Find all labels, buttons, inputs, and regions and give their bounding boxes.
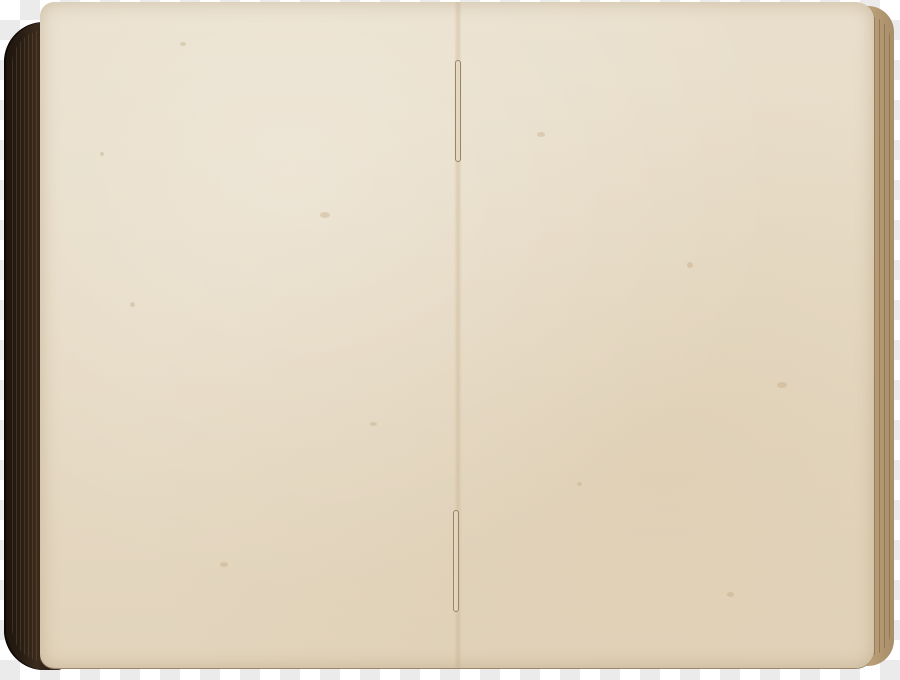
binding-stitch-bottom <box>453 510 459 612</box>
left-page <box>40 2 457 668</box>
open-notebook-pages <box>40 2 874 668</box>
binding-stitch-top <box>455 60 461 162</box>
notebook-scene <box>0 0 900 680</box>
right-page <box>457 2 874 668</box>
